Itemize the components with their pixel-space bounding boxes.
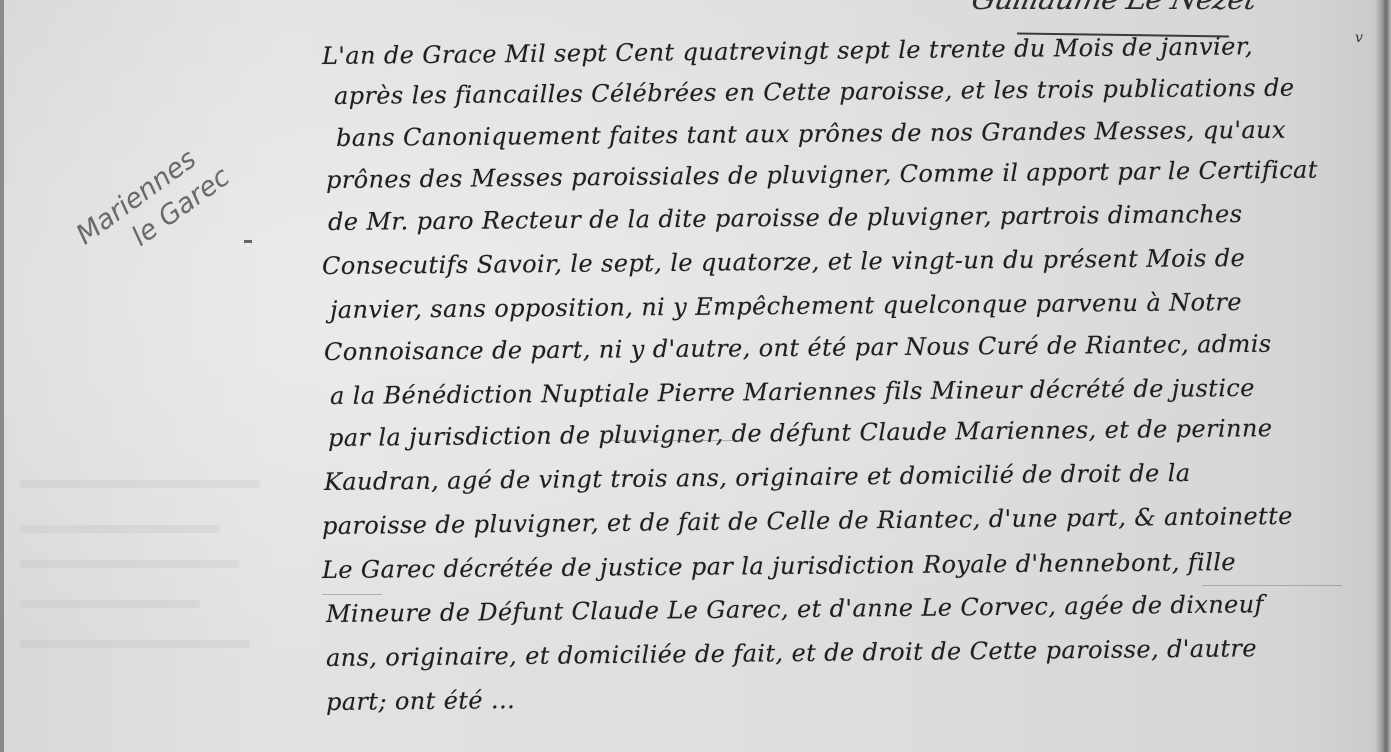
name-underline-bride-first (1202, 585, 1342, 586)
record-line-13: Le Garec décrétée de justice par la juri… (322, 548, 1236, 584)
record-line-9: a la Bénédiction Nuptiale Pierre Marienn… (330, 374, 1255, 410)
record-line-6: Consecutifs Savoir, le sept, le quatorze… (322, 244, 1245, 280)
record-line-3: bans Canoniquement faites tant aux prône… (336, 116, 1286, 152)
record-line-5: de Mr. paro Recteur de la dite paroisse … (328, 200, 1243, 236)
record-line-16: part; ont été ... (326, 686, 515, 716)
record-line-11: Kaudran, agé de vingt trois ans, origina… (324, 459, 1191, 496)
register-page: Guillaume Le Nezet v Mariennes le Garec … (0, 0, 1391, 752)
record-line-4: prônes des Messes paroissiales de pluvig… (326, 156, 1318, 194)
bleed-through-mark (20, 560, 240, 568)
record-line-7: janvier, sans opposition, ni y Empêcheme… (330, 288, 1242, 324)
record-line-1: L'an de Grace Mil sept Cent quatrevingt … (322, 32, 1253, 70)
record-line-15: ans, originaire, et domiciliée de fait, … (326, 634, 1257, 672)
name-underline-groom (610, 440, 740, 441)
record-line-2: après les fiancailles Célébrées en Cette… (334, 74, 1295, 110)
corner-mark: v (1355, 30, 1363, 46)
header-signature-fragment: Guillaume Le Nezet (968, 0, 1259, 17)
margin-dash (244, 240, 252, 243)
name-underline-bride-surname (322, 594, 382, 595)
record-line-14: Mineure de Défunt Claude Le Garec, et d'… (326, 590, 1264, 628)
record-line-12: paroisse de pluvigner, et de fait de Cel… (322, 502, 1293, 540)
page-left-edge (0, 0, 4, 752)
record-line-8: Connoisance de part, ni y d'autre, ont é… (324, 330, 1272, 366)
page-right-edge (1375, 0, 1391, 752)
bleed-through-mark (20, 600, 200, 608)
bleed-through-mark (20, 525, 220, 533)
margin-annotation: Mariennes le Garec (70, 133, 237, 280)
record-line-10: par la jurisdiction de pluvigner, de déf… (328, 414, 1273, 452)
bleed-through-mark (20, 480, 260, 488)
bleed-through-mark (20, 640, 250, 648)
